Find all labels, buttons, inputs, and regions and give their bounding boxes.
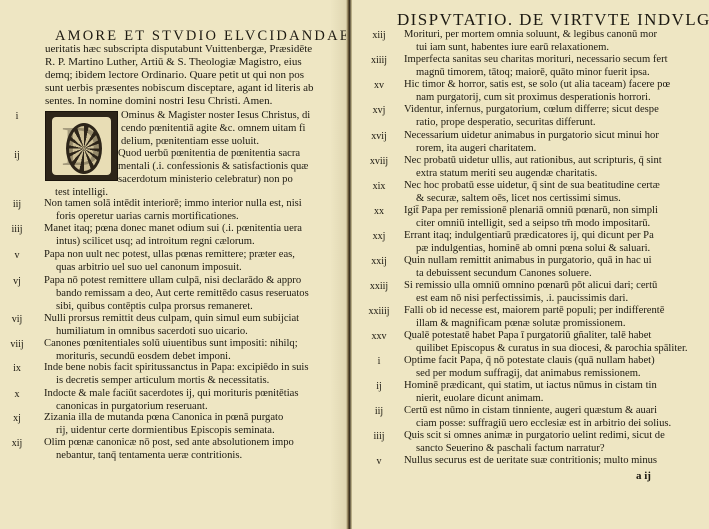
thesis-number: vij xyxy=(2,314,32,325)
thesis: Hominē prædicant, qui statim, ut iactus … xyxy=(404,379,694,405)
thesis: Quis scit si omnes animæ in purgatorio u… xyxy=(404,429,694,455)
thesis-line: Videntur, infernus, purgatorium, cœlum d… xyxy=(404,103,694,116)
thesis-line: Igit̄ Papa per remissionē plenariā omniū… xyxy=(404,204,694,217)
thesis-line: Papa nō potest remittere ullam culpā, ni… xyxy=(44,274,326,287)
thesis: Nulli prorsus remittit deus culpam, quin… xyxy=(44,312,326,338)
thesis-line: Inde bene nobis facit spiritussanctus in… xyxy=(44,361,326,374)
thesis-line: Quin nullam remittit animabus in purgato… xyxy=(404,254,694,267)
thesis: Manet itaq; pœna donec manet odium sui (… xyxy=(44,222,326,248)
thesis-number: iiij xyxy=(364,431,394,442)
right-page-heading: DISPVTATIO. DE VIRTVTE INDVLGEN. xyxy=(397,10,709,30)
thesis-line: Ominus & Magister noster Iesus Christus,… xyxy=(121,109,326,122)
thesis: Non tamen solā intēdit interiorē; immo i… xyxy=(44,197,326,223)
thesis: Optime facit Papa, q̄ nō potestate claui… xyxy=(404,354,694,380)
thesis-number: xxij xyxy=(364,256,394,267)
decorated-initial-icon: D xyxy=(45,111,118,181)
thesis-line: mentali (.i. confessionis & satisfaction… xyxy=(118,160,326,173)
thesis: Olim pœnæ canonicæ nō post, sed ante abs… xyxy=(44,436,326,462)
page-shadow xyxy=(330,0,346,529)
thesis: Nec hoc probatū esse uidetur, q̄ sint de… xyxy=(404,179,694,205)
thesis-line: intus) scilicet usq; ad introitum regni … xyxy=(44,235,326,248)
thesis-line: Necessarium uidetur animabus in purgator… xyxy=(404,129,694,142)
thesis-line: Olim pœnæ canonicæ nō post, sed ante abs… xyxy=(44,436,326,449)
thesis: Imperfecta sanitas seu charitas morituri… xyxy=(404,53,694,79)
thesis: Papa nō potest remittere ullam culpā, ni… xyxy=(44,274,326,314)
thesis: Necessarium uidetur animabus in purgator… xyxy=(404,129,694,155)
thesis-number: xvj xyxy=(364,105,394,116)
thesis: Hic timor & horror, satis est, se solo (… xyxy=(404,78,694,104)
thesis-number: v xyxy=(364,456,394,467)
thesis-number: xxiij xyxy=(364,281,394,292)
signature-mark: a ij xyxy=(636,470,651,482)
thesis: Nec probatū uidetur ullis, aut rationibu… xyxy=(404,154,694,180)
thesis-line: bando remissam a deo, Aut certe remittēd… xyxy=(44,287,326,300)
thesis-line: Errant itaq; indulgentiarū prædicatores … xyxy=(404,229,694,242)
thesis-line: ratio, prope desperatio, securitas diffe… xyxy=(404,116,694,129)
thesis-number: iiij xyxy=(2,224,32,235)
thesis-number: xviij xyxy=(364,156,394,167)
thesis-line: Imperfecta sanitas seu charitas morituri… xyxy=(404,53,694,66)
thesis-line: Quod uerbū pœnitentia de pœnitentia sacr… xyxy=(118,147,326,160)
thesis: Qualē potestatē habet Papa ī purgatoriū … xyxy=(404,329,694,355)
thesis-number: ij xyxy=(2,150,32,161)
thesis-line: Nullus securus est de ueritate suæ contr… xyxy=(404,454,694,467)
thesis: Papa non uult nec potest, ullas pœnas re… xyxy=(44,248,326,274)
book-spread: AMORE ET STVDIO ELVCIDANDAE ueritatis hæ… xyxy=(0,0,709,529)
thesis-number: xxv xyxy=(364,331,394,342)
thesis-line: nebantur, tanq̄ tentamenta ueræ contriti… xyxy=(44,449,326,462)
thesis-number: v xyxy=(2,250,32,261)
thesis: Zizania illa de mutanda pœna Canonica in… xyxy=(44,411,326,437)
thesis-number: xij xyxy=(2,438,32,449)
thesis-line: Nec hoc probatū esse uidetur, q̄ sint de… xyxy=(404,179,694,192)
intro-line: demq; ibidem lectore Ordinario. Quare pe… xyxy=(45,69,320,82)
thesis-number: xiij xyxy=(364,30,394,41)
thesis: Canones pœnitentiales solū uiuentibus su… xyxy=(44,337,326,363)
thesis-number: ix xyxy=(2,363,32,374)
intro-line: R. P. Martino Luther, Artiū & S. Theolog… xyxy=(45,56,320,69)
thesis: Quod uerbū pœnitentia de pœnitentia sacr… xyxy=(118,147,326,187)
thesis-number: xvij xyxy=(364,131,394,142)
thesis: Indocte & male faciūt sacerdotes ij, qui… xyxy=(44,387,326,413)
thesis-number: x xyxy=(2,389,32,400)
thesis-number: ij xyxy=(364,381,394,392)
thesis-line: Canones pœnitentiales solū uiuentibus su… xyxy=(44,337,326,350)
left-page: AMORE ET STVDIO ELVCIDANDAE ueritatis hæ… xyxy=(0,0,348,529)
right-page: DISPVTATIO. DE VIRTVTE INDVLGEN. xiij Mo… xyxy=(352,0,709,529)
thesis-number: xix xyxy=(364,181,394,192)
thesis-line: Certū est nūmo in cistam tinniente, auge… xyxy=(404,404,694,417)
thesis-line: Hominē prædicant, qui statim, ut iactus … xyxy=(404,379,694,392)
thesis-line: Indocte & male faciūt sacerdotes ij, qui… xyxy=(44,387,326,400)
thesis-line: Si remissio ulla omniū omnino pœnarū pōt… xyxy=(404,279,694,292)
thesis-number: iij xyxy=(2,199,32,210)
thesis-line: Non tamen solā intēdit interiorē; immo i… xyxy=(44,197,326,210)
thesis-number: xxj xyxy=(364,231,394,242)
thesis: Falli ob id necesse est, maiorem partē p… xyxy=(404,304,694,330)
thesis-number: vj xyxy=(2,276,32,287)
thesis-line: Nec probatū uidetur ullis, aut rationibu… xyxy=(404,154,694,167)
thesis-number: i xyxy=(364,356,394,367)
thesis-number: xv xyxy=(364,80,394,91)
thesis-number: xiiij xyxy=(364,55,394,66)
thesis: Inde bene nobis facit spiritussanctus in… xyxy=(44,361,326,387)
thesis: Igit̄ Papa per remissionē plenariā omniū… xyxy=(404,204,694,230)
thesis-number: iij xyxy=(364,406,394,417)
thesis-line: Papa non uult nec potest, ullas pœnas re… xyxy=(44,248,326,261)
intro-line: ueritatis hæc subscripta disputabunt Vui… xyxy=(45,43,320,56)
thesis-line: Quis scit si omnes animæ in purgatorio u… xyxy=(404,429,694,442)
thesis-number: viij xyxy=(2,339,32,350)
thesis-number: xj xyxy=(2,413,32,424)
thesis: Nullus securus est de ueritate suæ contr… xyxy=(404,454,694,467)
thesis-line: Optime facit Papa, q̄ nō potestate claui… xyxy=(404,354,694,367)
thesis-line: Zizania illa de mutanda pœna Canonica in… xyxy=(44,411,326,424)
thesis-line: cendo pœnitentiā agite &c. omnem uitam f… xyxy=(121,122,326,135)
thesis-line: Hic timor & horror, satis est, se solo (… xyxy=(404,78,694,91)
thesis: Quin nullam remittit animabus in purgato… xyxy=(404,254,694,280)
thesis-line: Manet itaq; pœna donec manet odium sui (… xyxy=(44,222,326,235)
intro-line: sunt uerbis præsentes nobiscum disceptar… xyxy=(45,82,320,95)
thesis-number: xxiiij xyxy=(364,306,394,317)
thesis-line: Nulli prorsus remittit deus culpam, quin… xyxy=(44,312,326,325)
thesis-number: xx xyxy=(364,206,394,217)
thesis: Videntur, infernus, purgatorium, cœlum d… xyxy=(404,103,694,129)
thesis-line: is decretis semper articulum mortis & ne… xyxy=(44,374,326,387)
thesis-line: Morituri, per mortem omnia soluunt, & le… xyxy=(404,28,694,41)
thesis: Ominus & Magister noster Iesus Christus,… xyxy=(121,109,326,149)
thesis-line: Qualē potestatē habet Papa ī purgatoriū … xyxy=(404,329,694,342)
intro-line: sentes. In nomine domini nostri Iesu Chr… xyxy=(45,95,320,108)
intro-paragraph: ueritatis hæc subscripta disputabunt Vui… xyxy=(45,43,320,108)
thesis: Certū est nūmo in cistam tinniente, auge… xyxy=(404,404,694,430)
thesis: Errant itaq; indulgentiarū prædicatores … xyxy=(404,229,694,255)
thesis: Si remissio ulla omniū omnino pœnarū pōt… xyxy=(404,279,694,305)
thesis-number: i xyxy=(2,111,32,122)
thesis-line: quas arbitrio uel suo uel canonum imposu… xyxy=(44,261,326,274)
thesis-line: Falli ob id necesse est, maiorem partē p… xyxy=(404,304,694,317)
thesis: Morituri, per mortem omnia soluunt, & le… xyxy=(404,28,694,54)
thesis-line: sacerdotum ministerio celebratur) non po xyxy=(118,173,326,186)
